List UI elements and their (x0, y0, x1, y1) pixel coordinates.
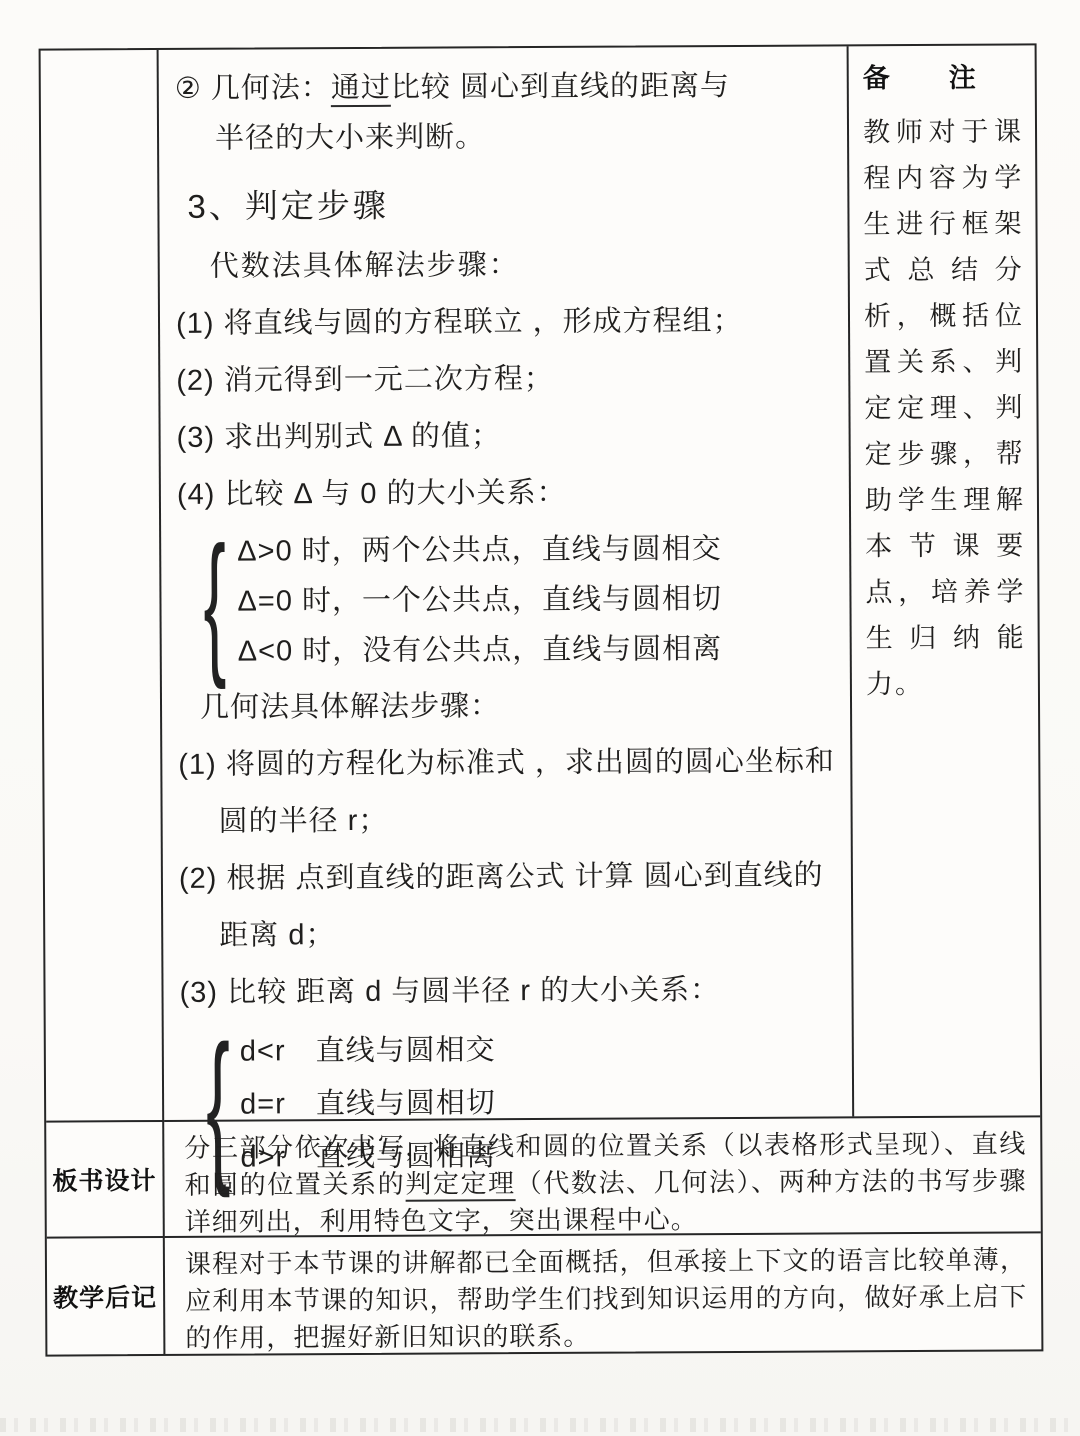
geometry-step-1b: 圆的半径 r； (179, 793, 841, 846)
note-geometry-method-line1: ② 几何法：通过比较 圆心到直线的距离与 (175, 60, 837, 113)
algebra-method-subtitle: 代数法具体解法步骤： (210, 238, 838, 291)
geometry-method-subtitle: 几何法具体解法步骤： (178, 679, 840, 732)
algebra-step-4: (4) 比较 Δ 与 0 的大小关系： (177, 466, 839, 519)
remarks-body: 教师对于课程内容为学生进行框架式总结分析，概括位置关系、判定定理、判定步骤，帮助… (863, 108, 1026, 707)
note-text: ② 几何法： (175, 72, 331, 105)
main-notes-cell: ② 几何法：通过比较 圆心到直线的距离与 半径的大小来判断。 3、判定步骤 代数… (159, 46, 855, 1120)
brace-icon: { (203, 523, 219, 681)
lesson-plan-table: ② 几何法：通过比较 圆心到直线的距离与 半径的大小来判断。 3、判定步骤 代数… (39, 43, 1044, 1356)
underlined-text: 判定定理 (405, 1168, 516, 1202)
remarks-cell: 备 注 教师对于课程内容为学生进行框架式总结分析，概括位置关系、判定定理、判定步… (849, 45, 1041, 1116)
teaching-note-label: 教学后记 (47, 1236, 166, 1355)
geometry-step-1a: (1) 将圆的方程化为标准式 ，求出圆的圆心坐标和 (178, 736, 840, 789)
algebra-step-1: (1) 将直线与圆的方程联立 ，形成方程组； (176, 295, 838, 348)
delta-cases-block: { Δ>0 时，两个公共点，直线与圆相交 Δ=0 时，一个公共点，直线与圆相切 … (203, 523, 840, 676)
note-geometry-method-line2: 半径的大小来判断。 (175, 110, 837, 163)
board-design-body: 分三部分依次书写，将直线和圆的位置关系（以表格形式呈现）、直线和圆的位置关系的判… (164, 1115, 1041, 1236)
algebra-step-3: (3) 求出判别式 Δ 的值； (176, 409, 838, 462)
geometry-step-2a: (2) 根据 点到直线的距离公式 计算 圆心到直线的 (179, 850, 841, 903)
underlined-text: 通过 (331, 72, 391, 107)
teaching-note-body: 课程对于本节课的讲解都已全面概括，但承接上下文的语言比较单薄，应利用本节课的知识… (165, 1231, 1042, 1354)
delta-case-negative: Δ<0 时，没有公共点，直线与圆相离 (238, 626, 723, 675)
section-title-judging-steps: 3、判定步骤 (187, 178, 837, 231)
scanned-page: ② 几何法：通过比较 圆心到直线的距离与 半径的大小来判断。 3、判定步骤 代数… (0, 0, 1080, 1436)
algebra-step-2: (2) 消元得到一元二次方程； (176, 352, 838, 405)
delta-case-zero: Δ=0 时，一个公共点，直线与圆相切 (237, 576, 722, 625)
remarks-header: 备 注 (863, 55, 1023, 95)
empty-label-cell (41, 50, 165, 1121)
note-text: 比较 圆心到直线的距离与 (391, 70, 730, 104)
d-case-less: d<r 直线与圆相交 (240, 1027, 496, 1074)
geometry-step-3: (3) 比较 距离 d 与圆半径 r 的大小关系： (179, 964, 841, 1017)
delta-case-positive: Δ>0 时，两个公共点，直线与圆相交 (237, 526, 722, 575)
geometry-step-2b: 距离 d； (179, 907, 841, 960)
scan-noise-artifact (0, 1418, 1080, 1432)
board-design-label: 板书设计 (46, 1120, 165, 1237)
